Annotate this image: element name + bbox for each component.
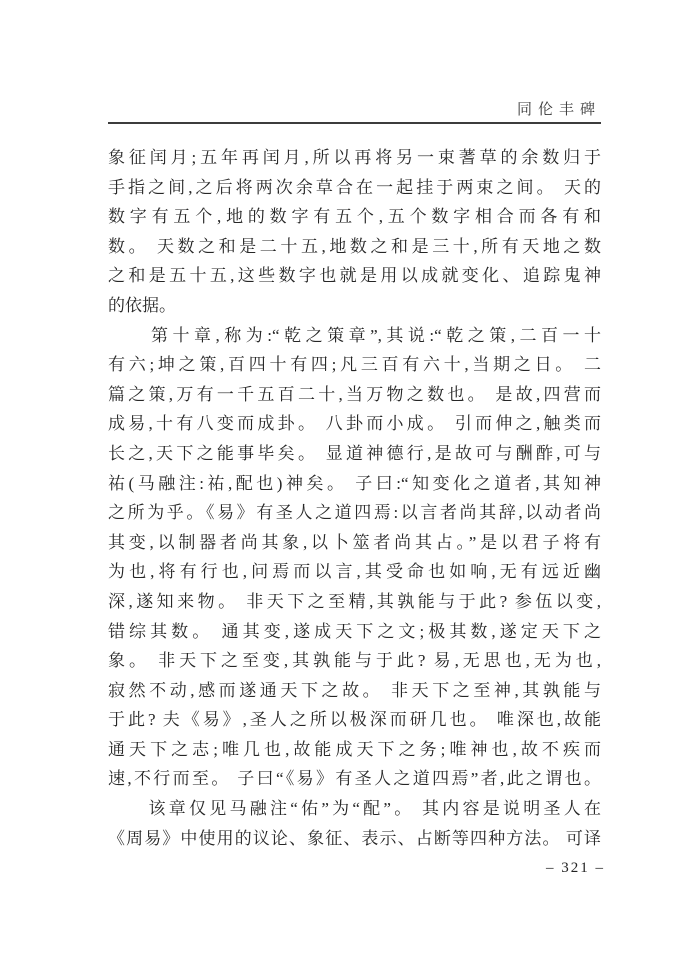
text-line: 篇之策,万有一千五百二十,当万物之数也。 是故,四营而 <box>108 380 601 410</box>
text-line: 数。 天数之和是二十五,地数之和是三十,所有天地之数 <box>108 232 601 262</box>
text-line: 象。 非天下之至变,其孰能与于此? 易,无思也,无为也, <box>108 646 601 676</box>
text-line: 该章仅见马融注“佑”为“配”。 其内容是说明圣人在 <box>108 794 601 824</box>
text-line: 通天下之志;唯几也,故能成天下之务;唯神也,故不疾而 <box>108 735 601 765</box>
text-line: 深,遂知来物。 非天下之至精,其孰能与于此? 参伍以变, <box>108 587 601 617</box>
text-line: 长之,天下之能事毕矣。 显道神德行,是故可与酬酢,可与 <box>108 439 601 469</box>
text-line: 《周易》中使用的议论、象征、表示、占断等四种方法。 可译 <box>108 824 601 854</box>
text-line: 数字有五个,地的数字有五个,五个数字相合而各有和 <box>108 202 601 232</box>
text-line: 之所为乎。《易》有圣人之道四焉:以言者尚其辞,以动者尚 <box>108 498 601 528</box>
running-header: 同伦丰碑 <box>108 98 601 119</box>
text-line: 象征闰月;五年再闰月,所以再将另一束蓍草的余数归于 <box>108 143 601 173</box>
text-line: 之和是五十五,这些数字也就是用以成就变化、追踪鬼神 <box>108 261 601 291</box>
text-line: 的依据。 <box>108 291 601 321</box>
text-line: 于此? 夫《易》,圣人之所以极深而研几也。 唯深也,故能 <box>108 705 601 735</box>
body-text: 象征闰月;五年再闰月,所以再将另一束蓍草的余数归于 手指之间,之后将两次余草合在… <box>108 143 601 853</box>
text-line: 成易,十有八变而成卦。 八卦而小成。 引而伸之,触类而 <box>108 409 601 439</box>
text-line: 寂然不动,感而遂通天下之故。 非天下之至神,其孰能与 <box>108 676 601 706</box>
text-line: 祐(马融注:祐,配也)神矣。 子曰:“知变化之道者,其知神 <box>108 469 601 499</box>
text-line: 为也,将有行也,问焉而以言,其受命也如响,无有远近幽 <box>108 557 601 587</box>
text-line: 手指之间,之后将两次余草合在一起挂于两束之间。 天的 <box>108 173 601 203</box>
text-line: 第十章,称为:“乾之策章”,其说:“乾之策,二百一十 <box>108 321 601 351</box>
text-line: 其变,以制器者尚其象,以卜筮者尚其占。”是以君子将有 <box>108 528 601 558</box>
text-line: 错综其数。 通其变,遂成天下之文;极其数,遂定天下之 <box>108 617 601 647</box>
page-number: – 321 – <box>108 860 605 877</box>
text-line: 速,不行而至。 子曰“《易》有圣人之道四焉”者,此之谓也。 <box>108 764 601 794</box>
text-line: 有六;坤之策,百四十有四;凡三百有六十,当期之日。 二 <box>108 350 601 380</box>
header-rule <box>108 122 601 124</box>
book-page: 同伦丰碑 象征闰月;五年再闰月,所以再将另一束蓍草的余数归于 手指之间,之后将两… <box>0 0 692 968</box>
